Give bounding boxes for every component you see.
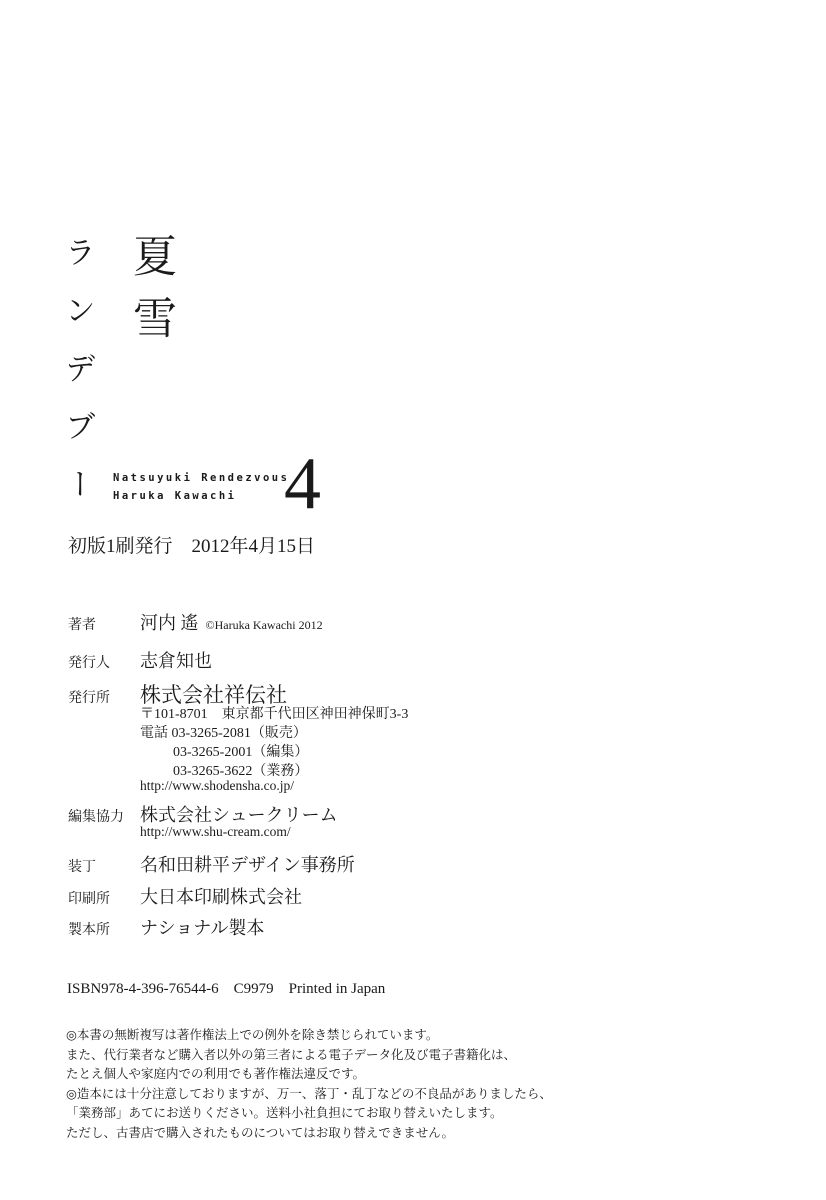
publisher-address: 〒101-8701 東京都千代田区神田神保町3-3: [140, 703, 408, 723]
colophon-page: 夏雪 ランデブー Natsuyuki Rendezvous Haruka Kaw…: [0, 0, 826, 1200]
row-printer: 印刷所大日本印刷株式会社: [68, 883, 302, 909]
legal-notice: ◎本書の無断複写は著作権法上での例外を除き禁じられています。 また、代行業者など…: [66, 1026, 552, 1143]
romaji-author-line: Haruka Kawachi: [113, 487, 289, 505]
publisher-phone-editorial: 03-3265-2001（編集）: [140, 741, 308, 761]
editorial-cooperation-url: http://www.shu-cream.com/: [140, 824, 291, 840]
legal-line: ◎造本には十分注意しておりますが、万一、落丁・乱丁などの不良品がありましたら、: [66, 1085, 552, 1105]
publisher-person-label: 発行人: [68, 652, 140, 672]
publishing-house-label: 発行所: [68, 687, 140, 707]
row-book-design: 装丁名和田耕平デザイン事務所: [68, 851, 355, 877]
printer-label: 印刷所: [68, 888, 140, 908]
publisher-phone-operations: 03-3265-3622（業務）: [140, 760, 308, 780]
isbn-line: ISBN978-4-396-76544-6 C9979 Printed in J…: [67, 977, 385, 998]
row-author: 著者河内 遙©Haruka Kawachi 2012: [68, 609, 323, 635]
editorial-cooperation-name: 株式会社シュークリーム: [140, 805, 338, 825]
legal-line: 「業務部」あてにお送りください。送料小社負担にてお取り替えいたします。: [66, 1104, 552, 1124]
edition-date-line: 初版1刷発行 2012年4月15日: [68, 531, 315, 558]
romaji-subtitle: Natsuyuki Rendezvous Haruka Kawachi: [113, 469, 289, 505]
row-publisher-person: 発行人志倉知也: [68, 647, 212, 673]
bindery-name: ナショナル製本: [140, 918, 264, 938]
legal-line: ただし、古書店で購入されたものについてはお取り替えできません。: [66, 1124, 552, 1144]
publisher-phone-sales: 電話 03-3265-2081（販売）: [140, 722, 307, 742]
volume-number: 4: [284, 447, 321, 521]
printer-name: 大日本印刷株式会社: [140, 887, 302, 907]
legal-line: ◎本書の無断複写は著作権法上での例外を除き禁じられています。: [66, 1026, 552, 1046]
bindery-label: 製本所: [68, 919, 140, 939]
editorial-cooperation-label: 編集協力: [68, 806, 140, 826]
row-bindery: 製本所ナショナル製本: [68, 914, 264, 940]
book-design-label: 装丁: [68, 856, 140, 876]
author-name: 河内 遙: [140, 613, 199, 633]
publisher-url: http://www.shodensha.co.jp/: [140, 778, 294, 794]
legal-line: また、代行業者など購入者以外の第三者による電子データ化及び電子書籍化は、: [66, 1046, 552, 1066]
copyright-note: ©Haruka Kawachi 2012: [206, 618, 323, 632]
book-title-sub: ランデブー: [62, 236, 93, 526]
book-title-main: 夏雪: [128, 233, 172, 357]
legal-line: たとえ個人や家庭内での利用でも著作権法違反です。: [66, 1065, 552, 1085]
book-design-name: 名和田耕平デザイン事務所: [140, 855, 355, 875]
romaji-title-line: Natsuyuki Rendezvous: [113, 469, 289, 487]
publisher-person-name: 志倉知也: [140, 651, 212, 671]
author-label: 著者: [68, 614, 140, 634]
